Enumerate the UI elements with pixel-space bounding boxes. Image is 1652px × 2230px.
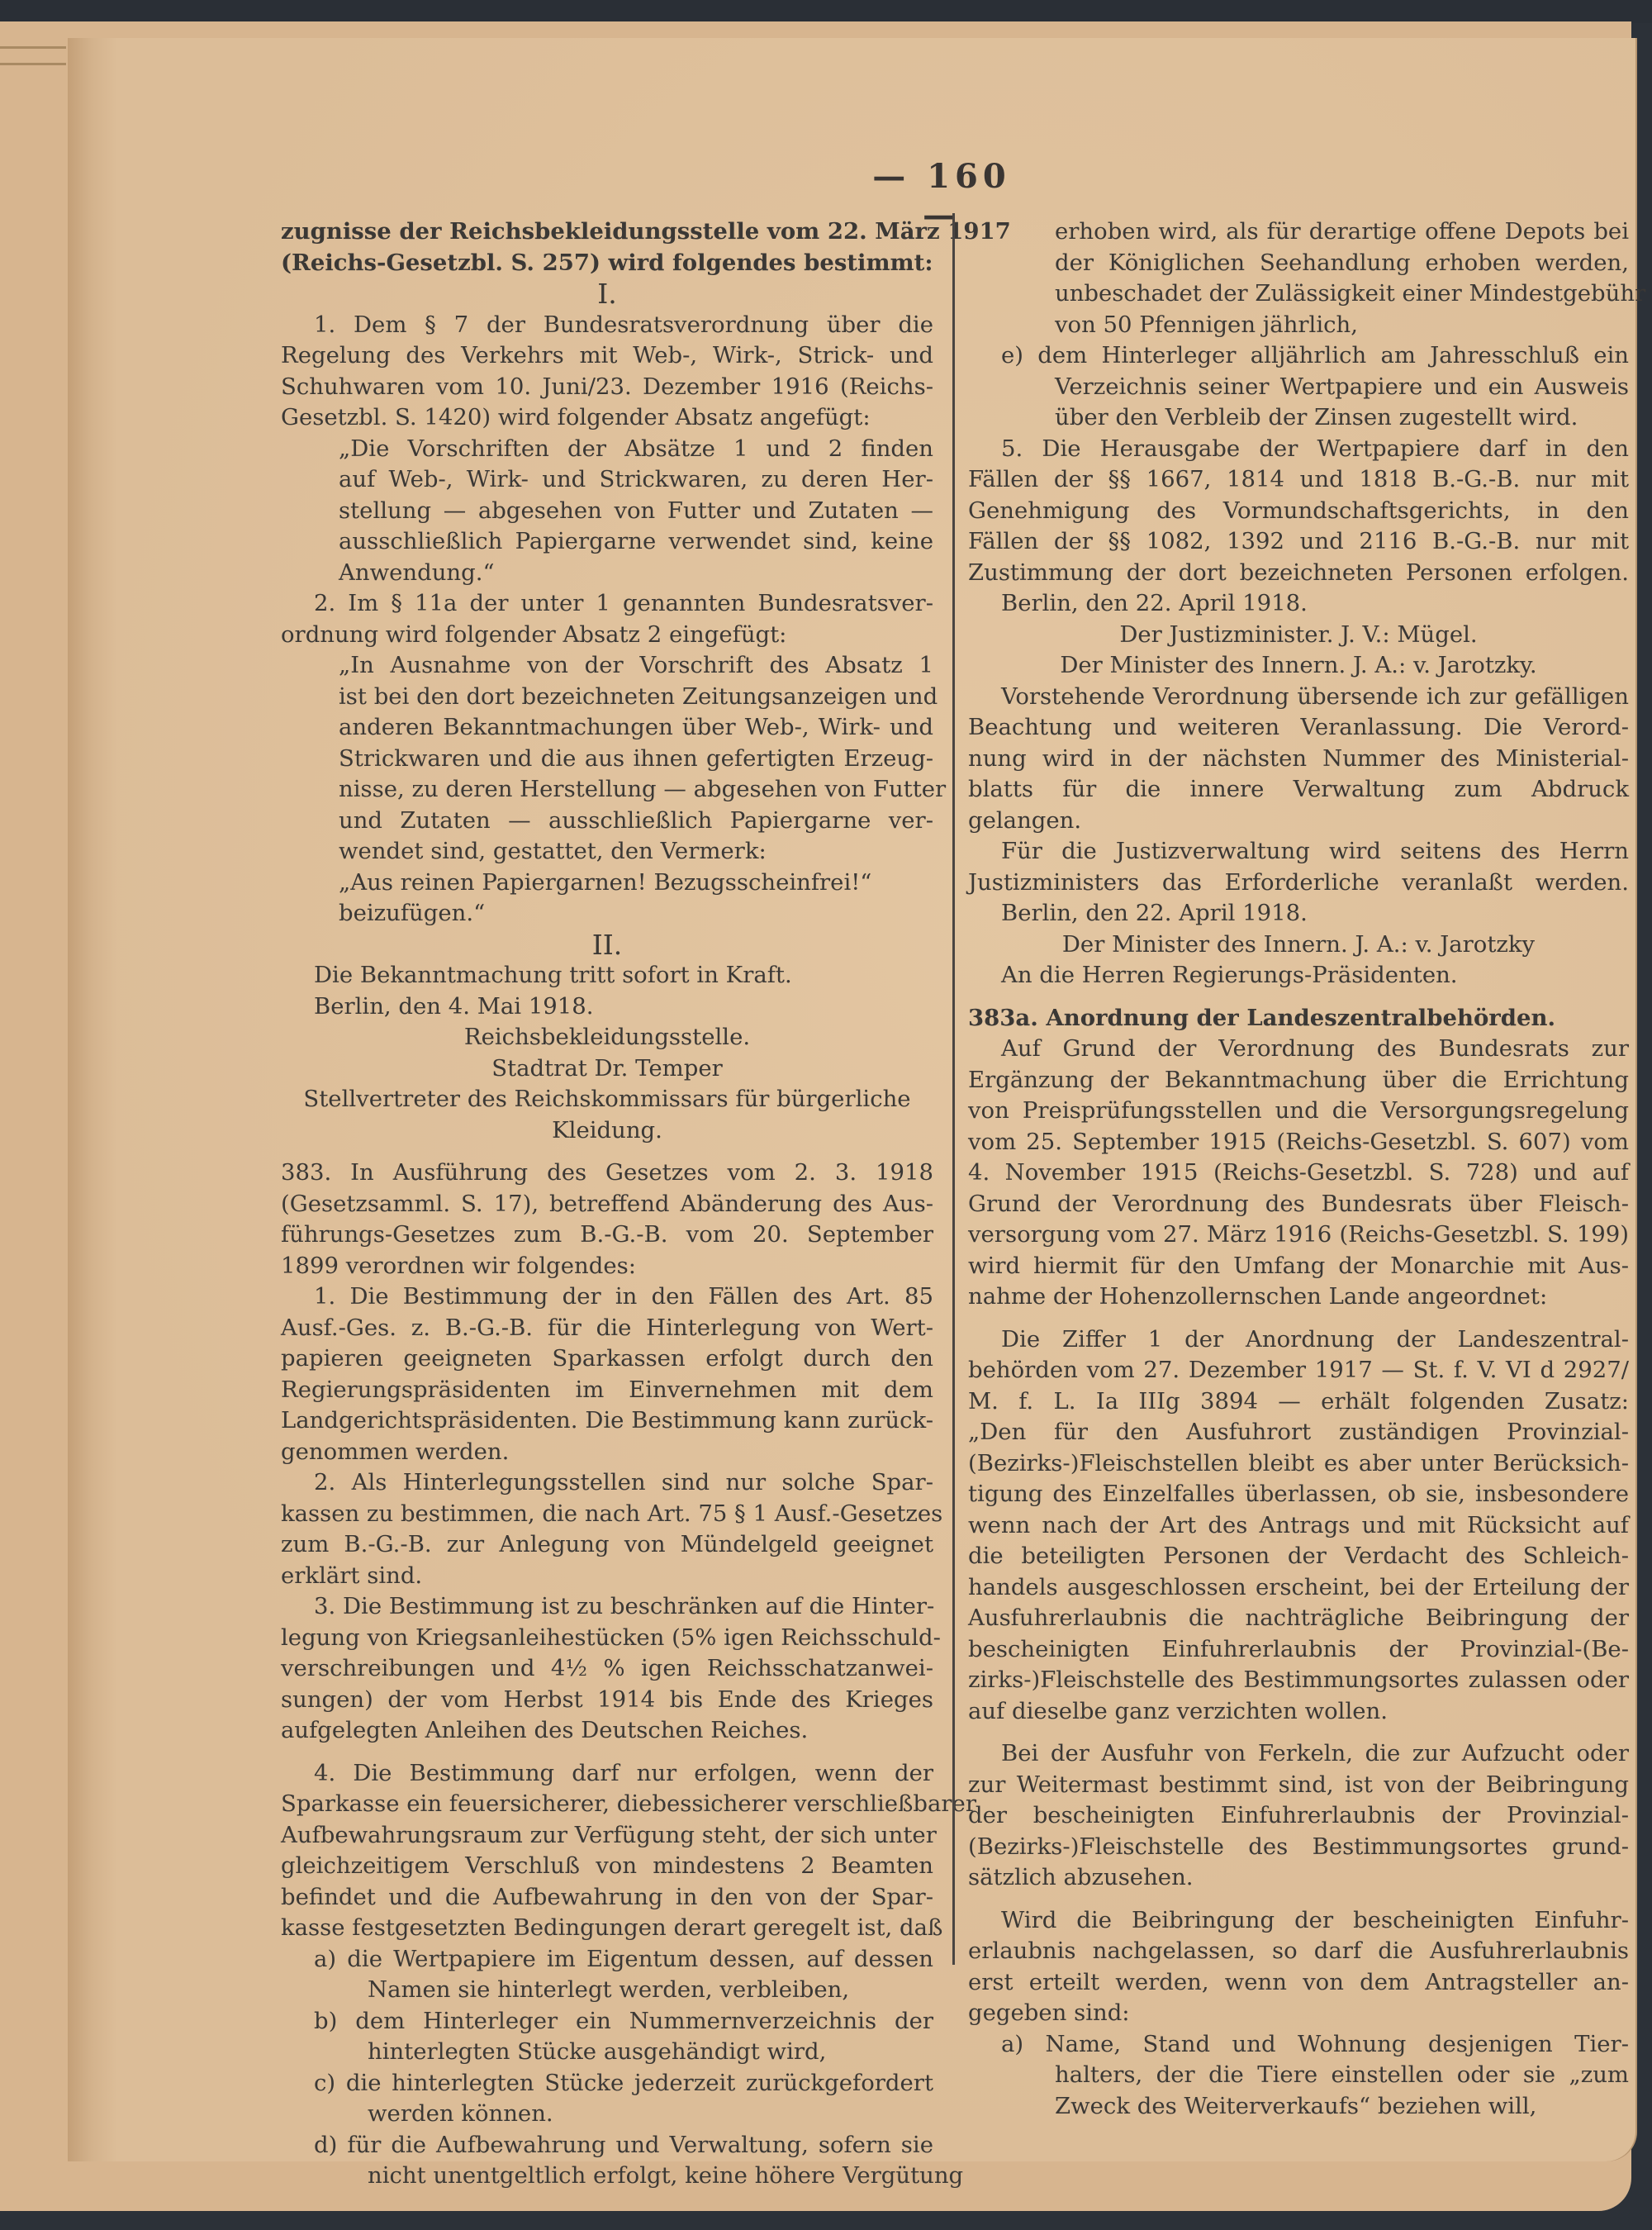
text-line: Gesetzbl. S. 1420) wird folgender Absatz… [281, 402, 933, 434]
text-line: zur Weitermast bestimmt sind, ist von de… [968, 1770, 1629, 1801]
text-line: und Zutaten — ausschließlich Papiergarne… [281, 806, 933, 837]
text-line: 2. Im § 11a der unter 1 genannten Bundes… [281, 588, 933, 620]
text-line: Sparkasse ein feuersicherer, diebessiche… [281, 1789, 933, 1820]
text-line: Berlin, den 4. Mai 1918. [281, 991, 933, 1023]
text-line: Fällen der §§ 1082, 1392 und 2116 B.-G.-… [968, 526, 1629, 558]
text-line: Strickwaren und die aus ihnen gefertigte… [281, 744, 933, 775]
text-line: 5. Die Herausgabe der Wertpapiere darf i… [968, 434, 1629, 465]
text-line: Regierungspräsidenten im Einvernehmen mi… [281, 1375, 933, 1406]
text-line: wendet sind, gestattet, den Vermerk: [281, 836, 933, 868]
text-line: kasse festgesetzten Bedingungen derart g… [281, 1913, 933, 1944]
text-line: Berlin, den 22. April 1918. [968, 588, 1629, 620]
text-line: Die Bekanntmachung tritt sofort in Kraft… [281, 960, 933, 991]
text-line: 2. Als Hinterlegungsstellen sind nur sol… [281, 1467, 933, 1499]
text-line: von Preisprüfungsstellen und die Versorg… [968, 1096, 1629, 1127]
text-line: halters, der die Tiere einstellen oder s… [968, 2060, 1629, 2091]
text-line: 383. In Ausführung des Gesetzes vom 2. 3… [281, 1158, 933, 1189]
text-line: Bei der Ausfuhr von Ferkeln, die zur Auf… [968, 1738, 1629, 1770]
text-line: Landgerichtspräsidenten. Die Bestimmung … [281, 1405, 933, 1437]
text-line: „Den für den Ausfuhrort zuständigen Prov… [968, 1417, 1629, 1448]
paragraph-gap [968, 991, 1629, 1003]
text-line: wenn nach der Art des Antrags und mit Rü… [968, 1510, 1629, 1542]
text-line: 1. Dem § 7 der Bundesratsverordnung über… [281, 310, 933, 341]
text-line: Grund der Verordnung des Bundesrats über… [968, 1189, 1629, 1220]
text-line: auf dieselbe ganz verzichten wollen. [968, 1696, 1629, 1728]
paragraph-gap [968, 1894, 1629, 1905]
text-line: Stellvertreter des Reichskommissars für … [281, 1084, 933, 1115]
text-line: 383a. Anordnung der Landeszentralbehörde… [968, 1003, 1629, 1034]
text-line: „Die Vorschriften der Absätze 1 und 2 fi… [281, 434, 933, 465]
text-line: Zustimmung der dort bezeichneten Persone… [968, 558, 1629, 589]
text-line: von 50 Pfennigen jährlich, [968, 310, 1629, 341]
text-line: Der Justizminister. J. V.: Mügel. [968, 620, 1629, 651]
text-line: An die Herren Regierungs-Präsidenten. [968, 960, 1629, 991]
text-line: sungen) der vom Herbst 1914 bis Ende des… [281, 1685, 933, 1716]
text-line: Genehmigung des Vormundschaftsgerichts, … [968, 496, 1629, 527]
text-line: Reichsbekleidungsstelle. [281, 1022, 933, 1053]
text-line: gleichzeitigem Verschluß von mindestens … [281, 1851, 933, 1882]
text-line: Stadtrat Dr. Temper [281, 1053, 933, 1085]
text-line: gelangen. [968, 806, 1629, 837]
text-line: 1899 verordnen wir folgendes: [281, 1251, 933, 1282]
under-page-rule [0, 46, 66, 49]
text-line: Regelung des Verkehrs mit Web-, Wirk-, S… [281, 340, 933, 372]
text-line: zugnisse der Reichsbekleidungsstelle vom… [281, 216, 933, 248]
text-line: (Bezirks-)Fleischstelle des Bestimmungso… [968, 1832, 1629, 1863]
text-line: gegeben sind: [968, 1998, 1629, 2029]
text-line: die beteiligten Personen der Verdacht de… [968, 1541, 1629, 1572]
text-line: handels ausgeschlossen erscheint, bei de… [968, 1572, 1629, 1604]
paragraph-gap [968, 1727, 1629, 1738]
right-text-column: erhoben wird, als für derartige offene D… [968, 216, 1629, 2122]
text-line: Beachtung und weiteren Veranlassung. Die… [968, 712, 1629, 744]
text-line: Verzeichnis seiner Wertpapiere und ein A… [968, 372, 1629, 403]
text-line: Der Minister des Innern. J. A.: v. Jarot… [968, 650, 1629, 682]
text-line: Auf Grund der Verordnung des Bundesrats … [968, 1034, 1629, 1065]
text-line: 1. Die Bestimmung der in den Fällen des … [281, 1281, 933, 1313]
text-line: Kleidung. [281, 1115, 933, 1147]
text-line: Schuhwaren vom 10. Juni/23. Dezember 191… [281, 372, 933, 403]
text-line: vom 25. September 1915 (Reichs-Gesetzbl.… [968, 1127, 1629, 1158]
text-line: d) für die Aufbewahrung und Verwaltung, … [281, 2130, 933, 2161]
text-line: Fällen der §§ 1667, 1814 und 1818 B.-G.-… [968, 464, 1629, 496]
text-line: führungs-Gesetzes zum B.-G.-B. vom 20. S… [281, 1220, 933, 1251]
text-line: Ausfuhrerlaubnis die nachträgliche Beibr… [968, 1603, 1629, 1634]
text-line: Berlin, den 22. April 1918. [968, 898, 1629, 930]
under-page-rule [0, 63, 66, 65]
text-line: nahme der Hohenzollernschen Lande angeor… [968, 1281, 1629, 1313]
text-line: erst erteilt werden, wenn von dem Antrag… [968, 1967, 1629, 1999]
text-line: „Aus reinen Papiergarnen! Bezugsscheinfr… [281, 868, 933, 899]
text-line: Anwendung.“ [281, 558, 933, 589]
text-line: über den Verbleib der Zinsen zugestellt … [968, 402, 1629, 434]
text-line: sätzlich abzusehen. [968, 1862, 1629, 1894]
text-line: nicht unentgeltlich erfolgt, keine höher… [281, 2161, 933, 2192]
text-line: verschreibungen und 4½ % igen Reichsscha… [281, 1653, 933, 1685]
text-line: papieren geeigneten Sparkassen erfolgt d… [281, 1343, 933, 1375]
text-line: auf Web-, Wirk- und Strickwaren, zu dere… [281, 464, 933, 496]
text-line: 3. Die Bestimmung ist zu beschränken auf… [281, 1591, 933, 1623]
text-line: blatts für die innere Verwaltung zum Abd… [968, 774, 1629, 806]
text-line: b) dem Hinterleger ein Nummernverzeichni… [281, 2006, 933, 2037]
text-line: bescheinigten Einfuhrerlaubnis der Provi… [968, 1634, 1629, 1666]
text-line: versorgung vom 27. März 1916 (Reichs-Ges… [968, 1220, 1629, 1251]
text-line: tigung des Einzelfalles überlassen, ob s… [968, 1479, 1629, 1510]
text-line: e) dem Hinterleger alljährlich am Jahres… [968, 340, 1629, 372]
text-line: kassen zu bestimmen, die nach Art. 75 § … [281, 1499, 933, 1530]
text-line: ordnung wird folgender Absatz 2 eingefüg… [281, 620, 933, 651]
text-line: der Königlichen Seehandlung erhoben werd… [968, 248, 1629, 279]
text-line: Namen sie hinterlegt werden, verbleiben, [281, 1975, 933, 2006]
text-line: a) die Wertpapiere im Eigentum dessen, a… [281, 1944, 933, 1976]
text-line: Ausf.-Ges. z. B.-G.-B. für die Hinterleg… [281, 1313, 933, 1344]
text-line: Wird die Beibringung der bescheinigten E… [968, 1905, 1629, 1937]
text-line: Ergänzung der Bekanntmachung über die Er… [968, 1065, 1629, 1096]
text-line: 4. November 1915 (Reichs-Gesetzbl. S. 72… [968, 1158, 1629, 1189]
column-divider [952, 213, 955, 1965]
text-line: wird hiermit für den Umfang der Monarchi… [968, 1251, 1629, 1282]
text-line: erklärt sind. [281, 1561, 933, 1592]
text-line: erlaubnis nachgelassen, so darf die Ausf… [968, 1936, 1629, 1967]
text-line: I. [281, 278, 933, 310]
text-line: genommen werden. [281, 1437, 933, 1468]
text-line: legung von Kriegsanleihestücken (5% igen… [281, 1623, 933, 1654]
text-line: befindet und die Aufbewahrung in den von… [281, 1882, 933, 1914]
text-line: Der Minister des Innern. J. A.: v. Jarot… [968, 930, 1629, 961]
paragraph-gap [968, 1313, 1629, 1324]
text-line: hinterlegten Stücke ausgehändigt wird, [281, 2037, 933, 2068]
text-line: beizufügen.“ [281, 898, 933, 930]
text-line: anderen Bekanntmachungen über Web-, Wirk… [281, 712, 933, 744]
text-line: stellung — abgesehen von Futter und Zuta… [281, 496, 933, 527]
text-line: (Gesetzsamml. S. 17), betreffend Abänder… [281, 1189, 933, 1220]
book-cover-top [0, 0, 1652, 23]
text-line: werden können. [281, 2099, 933, 2130]
text-line: Vorstehende Verordnung übersende ich zur… [968, 682, 1629, 713]
text-line: ist bei den dort bezeichneten Zeitungsan… [281, 682, 933, 713]
text-line: erhoben wird, als für derartige offene D… [968, 216, 1629, 248]
left-text-column: zugnisse der Reichsbekleidungsstelle vom… [281, 216, 933, 2192]
text-line: der bescheinigten Einfuhrerlaubnis der P… [968, 1800, 1629, 1832]
text-line: behörden vom 27. Dezember 1917 — St. f. … [968, 1355, 1629, 1386]
text-line: M. f. L. Ia IIIg 3894 — erhält folgenden… [968, 1386, 1629, 1418]
text-line: nisse, zu deren Herstellung — abgesehen … [281, 774, 933, 806]
text-line: Aufbewahrungsraum zur Verfügung steht, d… [281, 1820, 933, 1852]
text-line: „In Ausnahme von der Vorschrift des Absa… [281, 650, 933, 682]
text-line: ausschließlich Papiergarne verwendet sin… [281, 526, 933, 558]
text-line: 4. Die Bestimmung darf nur erfolgen, wen… [281, 1758, 933, 1790]
text-line: unbeschadet der Zulässigkeit einer Minde… [968, 278, 1629, 310]
text-line: II. [281, 930, 933, 961]
text-line: Für die Justizverwaltung wird seitens de… [968, 836, 1629, 868]
text-line: Justizministers das Erforderliche veranl… [968, 868, 1629, 899]
text-line: aufgelegten Anleihen des Deutschen Reich… [281, 1715, 933, 1747]
text-line: c) die hinterlegten Stücke jederzeit zur… [281, 2068, 933, 2099]
text-line: zirks-)Fleischstelle des Bestimmungsorte… [968, 1665, 1629, 1696]
paragraph-gap [281, 1146, 933, 1158]
text-line: (Bezirks-)Fleischstellen bleibt es aber … [968, 1448, 1629, 1480]
text-line: Die Ziffer 1 der Anordnung der Landeszen… [968, 1324, 1629, 1356]
text-line: (Reichs-Gesetzbl. S. 257) wird folgendes… [281, 248, 933, 279]
text-line: zum B.-G.-B. zur Anlegung von Mündelgeld… [281, 1529, 933, 1561]
text-line: nung wird in der nächsten Nummer des Min… [968, 744, 1629, 775]
paragraph-gap [281, 1747, 933, 1758]
text-line: a) Name, Stand und Wohnung desjenigen Ti… [968, 2029, 1629, 2061]
text-line: Zweck des Weiterverkaufs“ beziehen will, [968, 2091, 1629, 2123]
